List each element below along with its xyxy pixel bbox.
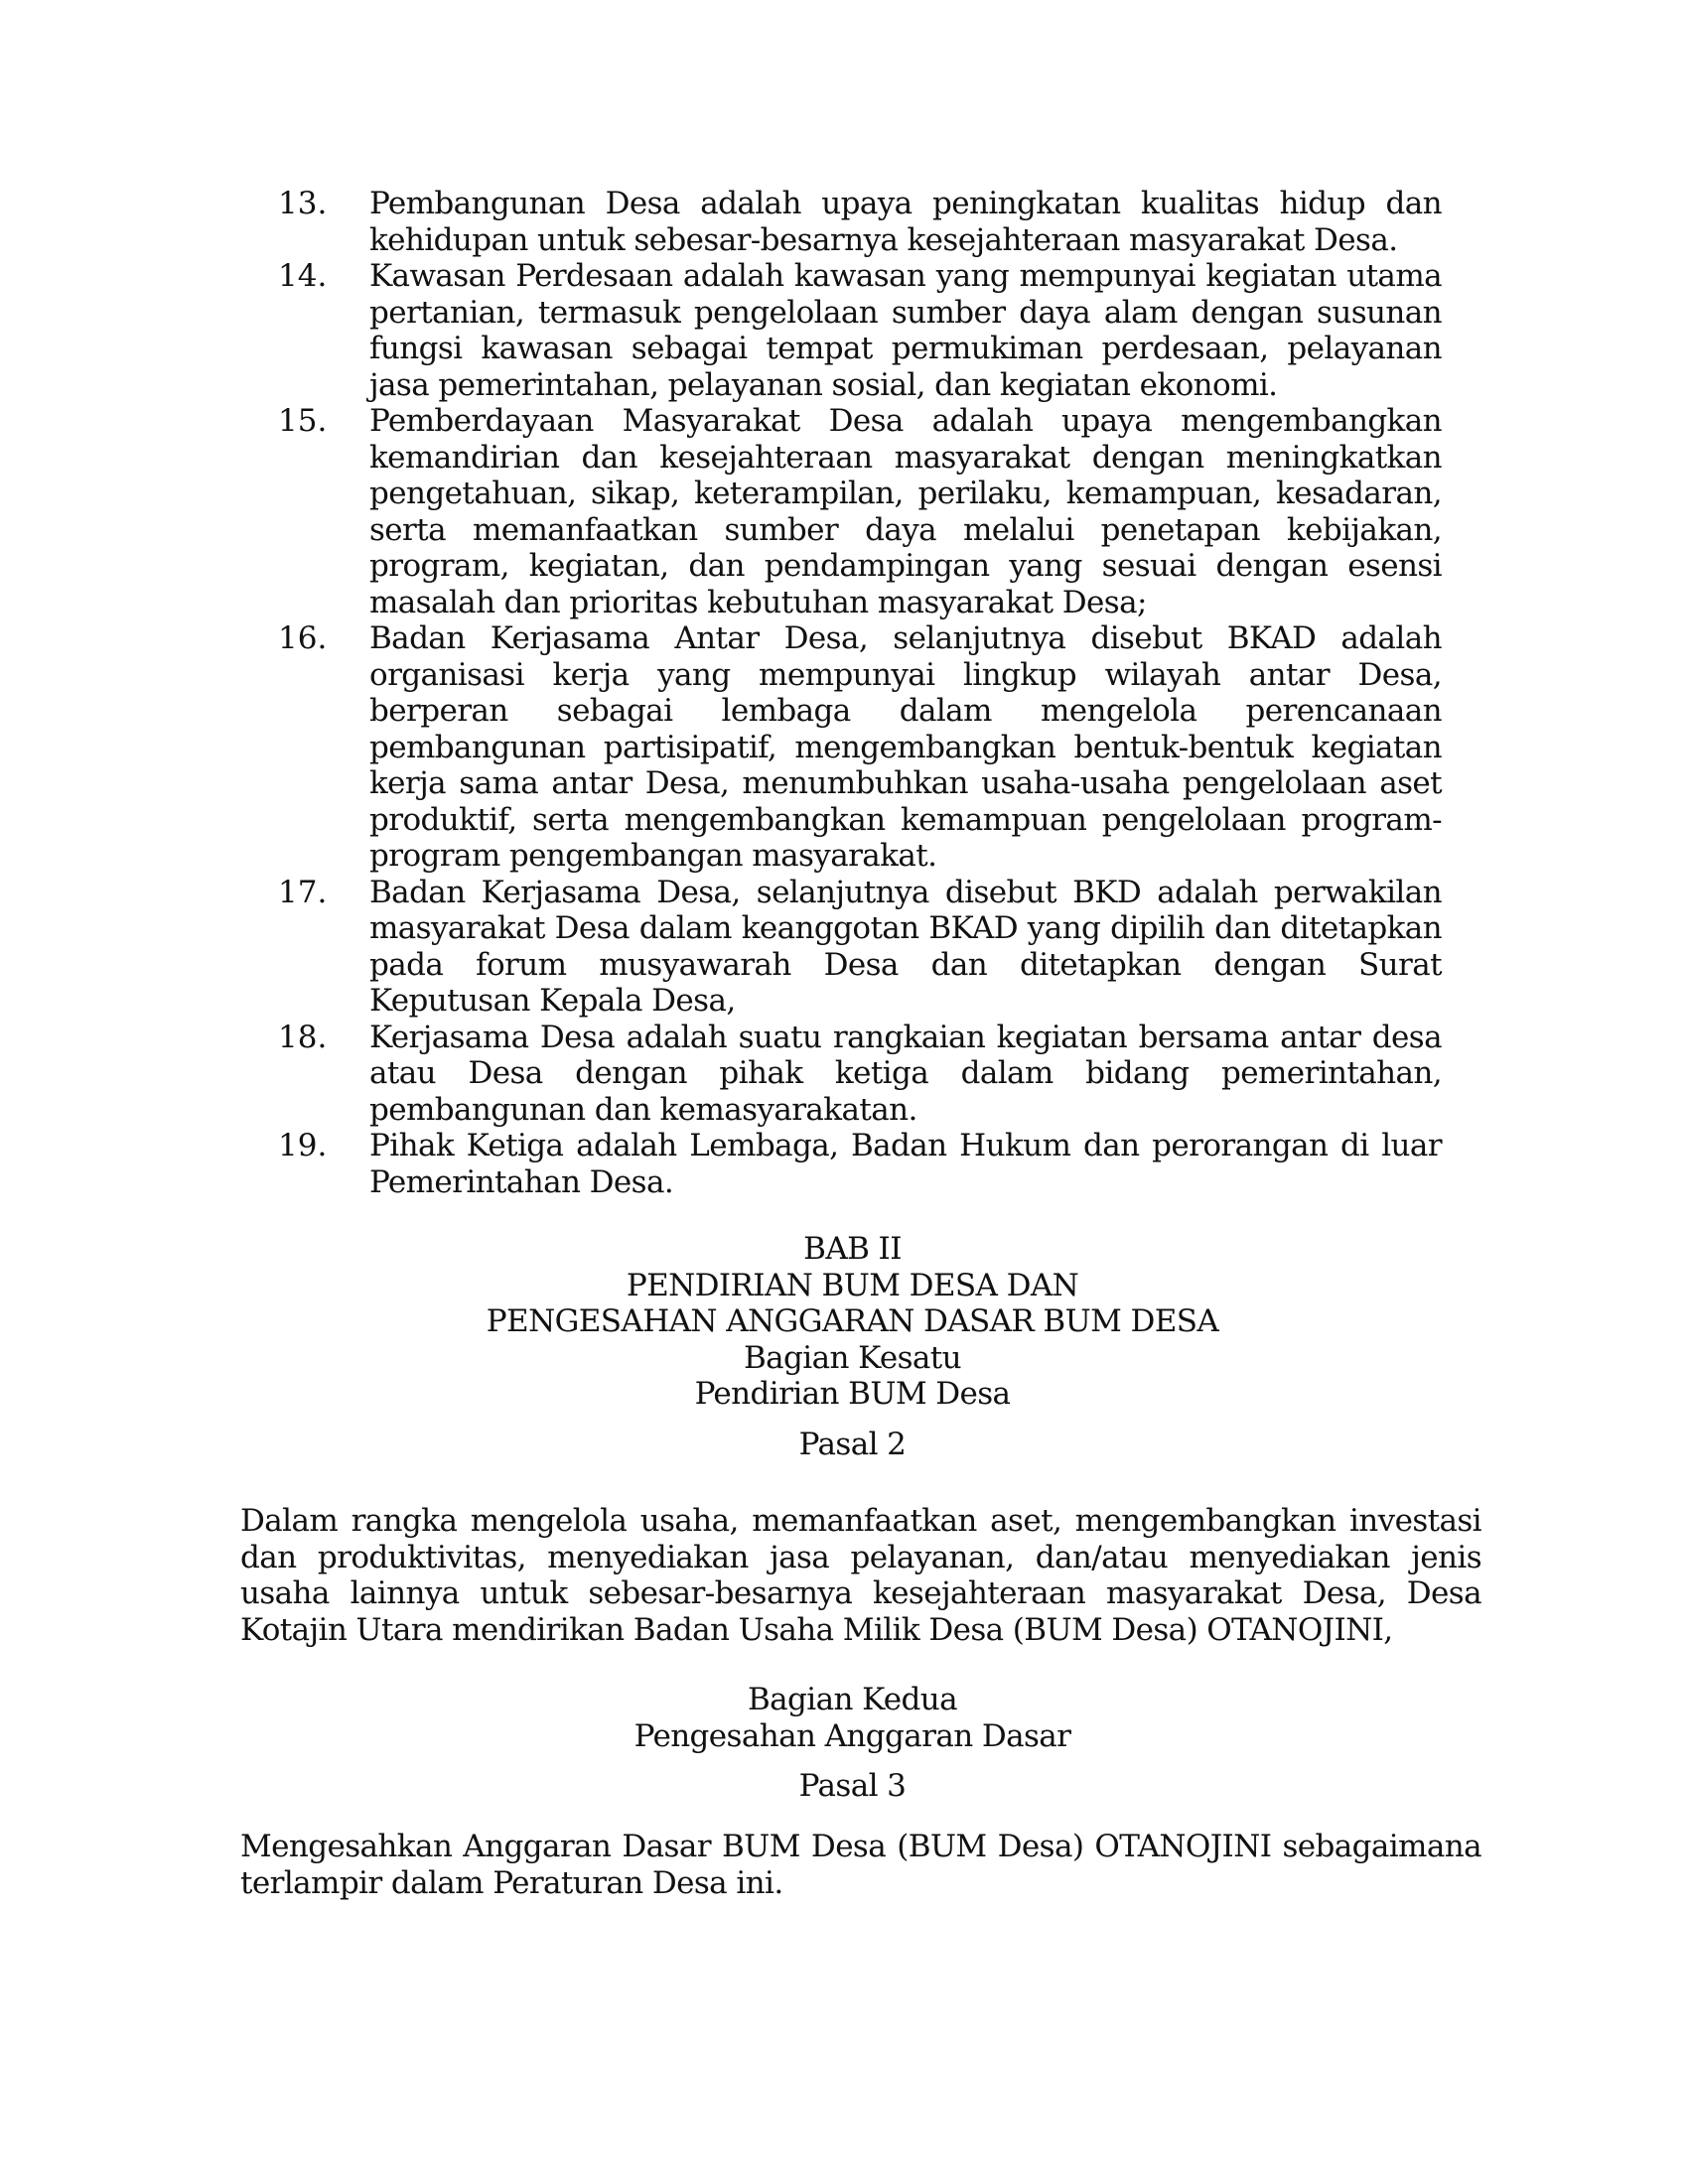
definition-line: organisasi kerja yang mempunyai lingkup … <box>369 657 1442 694</box>
definition-line: masalah dan prioritas kebutuhan masyarak… <box>369 585 1442 621</box>
definition-item: 15. Pemberdayaan Masyarakat Desa adalah … <box>278 403 1442 620</box>
chapter-title-line-1: PENDIRIAN BUM DESA DAN <box>17 1268 1688 1304</box>
definition-line: Badan Kerjasama Antar Desa, selanjutnya … <box>369 620 1442 657</box>
definition-line: kemandirian dan kesejahteraan masyarakat… <box>369 440 1442 477</box>
definition-line: produktif, serta mengembangkan kemampuan… <box>369 802 1442 839</box>
definition-number: 14. <box>278 258 327 295</box>
section-1-label: Bagian Kesatu <box>17 1340 1688 1377</box>
definition-item: 19. Pihak Ketiga adalah Lembaga, Badan H… <box>278 1128 1442 1200</box>
definition-item: 18. Kerjasama Desa adalah suatu rangkaia… <box>278 1020 1442 1129</box>
definition-line: jasa pemerintahan, pelayanan sosial, dan… <box>369 367 1442 404</box>
article-3-heading: Pasal 3 <box>0 1768 1688 1805</box>
definition-number: 16. <box>278 620 327 657</box>
definitions-list: 13. Pembangunan Desa adalah upaya pening… <box>278 186 1442 1200</box>
article-2-label: Pasal 2 <box>17 1427 1688 1463</box>
paragraph-line: usaha lainnya untuk sebesar-besarnya kes… <box>240 1575 1481 1612</box>
chapter-heading: BAB II PENDIRIAN BUM DESA DAN PENGESAHAN… <box>0 1231 1688 1413</box>
definition-line: Pemerintahan Desa. <box>369 1164 1442 1201</box>
definition-line: program pengembangan masyarakat. <box>369 838 1442 875</box>
chapter-number: BAB II <box>17 1231 1688 1268</box>
section-2-label: Bagian Kedua <box>17 1682 1688 1718</box>
definition-line: pembangunan dan kemasyarakatan. <box>369 1092 1442 1129</box>
section-1-title: Pendirian BUM Desa <box>17 1376 1688 1413</box>
paragraph-line: terlampir dalam Peraturan Desa ini. <box>240 1865 1481 1902</box>
paragraph-line: Kotajin Utara mendirikan Badan Usaha Mil… <box>240 1612 1481 1649</box>
definition-line: atau Desa dengan pihak ketiga dalam bida… <box>369 1055 1442 1092</box>
section-2-title: Pengesahan Anggaran Dasar <box>17 1718 1688 1755</box>
definition-item: 14. Kawasan Perdesaan adalah kawasan yan… <box>278 258 1442 403</box>
definition-number: 13. <box>278 186 327 222</box>
definition-line: Kerjasama Desa adalah suatu rangkaian ke… <box>369 1020 1442 1056</box>
article-2-paragraph: Dalam rangka mengelola usaha, memanfaatk… <box>240 1503 1481 1648</box>
definition-line: pengetahuan, sikap, keterampilan, perila… <box>369 476 1442 512</box>
definition-line: pertanian, termasuk pengelolaan sumber d… <box>369 295 1442 332</box>
article-3-paragraph: Mengesahkan Anggaran Dasar BUM Desa (BUM… <box>240 1829 1481 1901</box>
paragraph-line: dan produktivitas, menyediakan jasa pela… <box>240 1540 1481 1576</box>
definition-item: 13. Pembangunan Desa adalah upaya pening… <box>278 186 1442 258</box>
definition-line: pada forum musyawarah Desa dan ditetapka… <box>369 947 1442 984</box>
definition-line: fungsi kawasan sebagai tempat permukiman… <box>369 331 1442 367</box>
definition-line: masyarakat Desa dalam keanggotan BKAD ya… <box>369 910 1442 947</box>
definition-number: 17. <box>278 875 327 911</box>
paragraph-line: Dalam rangka mengelola usaha, memanfaatk… <box>240 1503 1481 1540</box>
document-page: 13. Pembangunan Desa adalah upaya pening… <box>0 0 1688 2184</box>
section-2-heading: Bagian Kedua Pengesahan Anggaran Dasar <box>0 1682 1688 1754</box>
definition-number: 15. <box>278 403 327 440</box>
paragraph-line: Mengesahkan Anggaran Dasar BUM Desa (BUM… <box>240 1829 1481 1865</box>
definition-line: Pemberdayaan Masyarakat Desa adalah upay… <box>369 403 1442 440</box>
definition-line: pembangunan partisipatif, mengembangkan … <box>369 730 1442 766</box>
definition-item: 16. Badan Kerjasama Antar Desa, selanjut… <box>278 620 1442 875</box>
article-3-label: Pasal 3 <box>17 1768 1688 1805</box>
chapter-title-line-2: PENGESAHAN ANGGARAN DASAR BUM DESA <box>17 1303 1688 1340</box>
definition-line: Kawasan Perdesaan adalah kawasan yang me… <box>369 258 1442 295</box>
definition-item: 17. Badan Kerjasama Desa, selanjutnya di… <box>278 875 1442 1020</box>
definition-line: kehidupan untuk sebesar-besarnya kesejah… <box>369 222 1442 259</box>
definition-number: 19. <box>278 1128 327 1164</box>
definition-line: Pihak Ketiga adalah Lembaga, Badan Hukum… <box>369 1128 1442 1164</box>
article-2-heading: Pasal 2 <box>0 1427 1688 1463</box>
definition-line: Keputusan Kepala Desa, <box>369 983 1442 1020</box>
definition-line: kerja sama antar Desa, menumbuhkan usaha… <box>369 765 1442 802</box>
definition-line: program, kegiatan, dan pendampingan yang… <box>369 548 1442 585</box>
definition-line: Pembangunan Desa adalah upaya peningkata… <box>369 186 1442 222</box>
definition-number: 18. <box>278 1020 327 1056</box>
definition-line: Badan Kerjasama Desa, selanjutnya disebu… <box>369 875 1442 911</box>
definition-line: berperan sebagai lembaga dalam mengelola… <box>369 693 1442 730</box>
definition-line: serta memanfaatkan sumber daya melalui p… <box>369 512 1442 549</box>
